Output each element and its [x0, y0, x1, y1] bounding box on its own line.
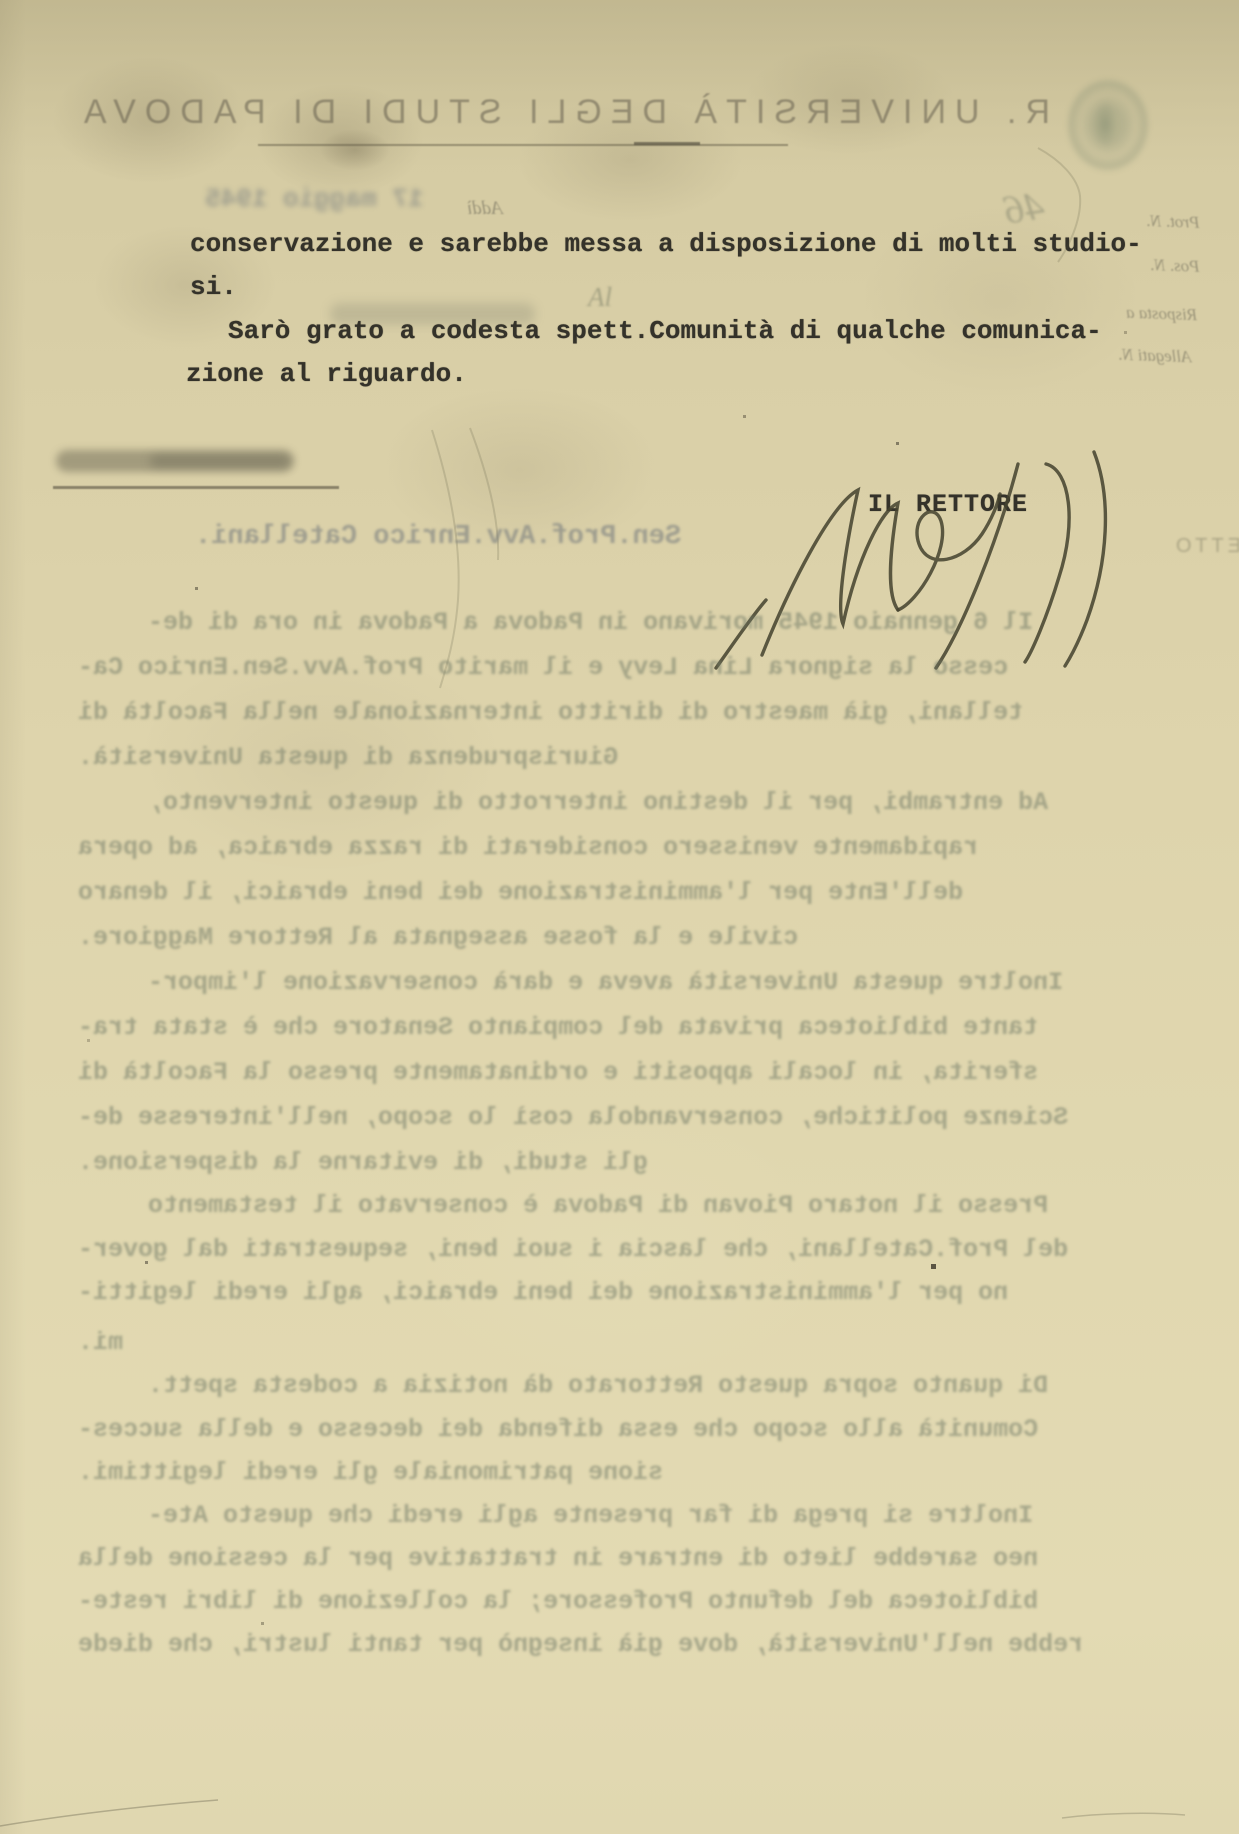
addi-label-bleed: Addì — [467, 199, 503, 218]
bleed-through-line: Inoltre si prega di far presente agli er… — [148, 1503, 1033, 1528]
underline-rule — [53, 486, 339, 489]
letterhead-rule — [258, 144, 788, 146]
bleed-through-line: Presso il notaro Piovan di Padova è cons… — [148, 1193, 1048, 1218]
bleed-through-line: del Prof.Catellani, che lascia i suoi be… — [78, 1237, 1068, 1262]
bleed-through-line: biblioteca del defunto Professore; la co… — [78, 1589, 1038, 1614]
date-stamp-bleed: 17 maggio 1945 — [205, 186, 423, 212]
letterhead-field-bleed: Pos. N. — [1150, 256, 1200, 275]
bleed-through-line: Comunità allo scopo che essa difenda dei… — [78, 1417, 1038, 1442]
bleed-through-line: rapidamente venissero considerati di raz… — [78, 835, 978, 860]
bleed-through-line: tellani, già maestro di diritto internaz… — [78, 700, 1023, 725]
bleed-through-line: rebbe nell'Università, dove già insegnò … — [78, 1632, 1083, 1657]
letterhead-field-bleed: Allegati N. — [1118, 346, 1192, 366]
bleed-through-line: Sen.Prof.Avv.Enrico Catellani. — [195, 524, 681, 551]
bleed-letterhead-title: R. UNIVERSITÀ DEGLI STUDI DI PADOVA — [75, 95, 1050, 129]
ink-specks — [0, 0, 1, 1]
bleed-through-line: Ad entrambi, per il destino interrotto d… — [148, 790, 1048, 815]
bleed-through-line: neo sarebbe lieto di entrare in trattati… — [78, 1546, 1038, 1571]
bleed-through-line: gli studi, di evitarne la dispersione. — [78, 1150, 648, 1175]
handwritten-al-note: Al — [588, 284, 612, 311]
bleed-through-line: no per l'amministrazione dei beni ebraic… — [78, 1280, 1008, 1305]
bleed-through-line: Il 6 gennaio 1945 morivano in Padova a P… — [148, 610, 1033, 635]
bleed-through-line: tante biblioteca privata del compianto S… — [78, 1015, 1038, 1040]
typed-line: Sarò grato a codesta spett.Comunità di q… — [228, 318, 1102, 344]
letterhead-rule-dark-segment — [634, 142, 700, 145]
letterhead-field-bleed: Prot. N. — [1146, 212, 1200, 231]
bleed-through-line: Inoltre questa Università aveva e darà c… — [148, 970, 1063, 995]
bleed-through-line: civile e la fosse assegnata al Rettore M… — [78, 925, 798, 950]
bleed-through-line: Di quanto sopra questo Rettorato dà noti… — [148, 1373, 1048, 1398]
bleed-through-line: sferita, in locali appositi e ordinatame… — [78, 1060, 1038, 1085]
protocol-number-bleed: 46 — [1001, 185, 1046, 230]
university-seal-core — [1088, 92, 1122, 156]
typed-line: zione al riguardo. — [186, 361, 467, 387]
oggetto-label-bleed: OGGETTO — [1172, 536, 1239, 556]
bleed-through-line: mi. — [78, 1330, 123, 1355]
bleed-through-line: dell'Ente per l'amministrazione dei beni… — [78, 880, 963, 905]
struck-out-text-smudge-2 — [150, 455, 290, 467]
typed-line: si. — [190, 274, 237, 300]
scanned-letter-page: { "page": { "kind": "aged typewritten le… — [0, 0, 1239, 1834]
closing-title: IL RETTORE — [868, 492, 1028, 517]
bleed-through-line: Giurisprudenza di questa Università. — [78, 745, 618, 770]
bleed-through-line: Scienze politiche, conservandola così lo… — [78, 1105, 1068, 1130]
typed-line: conservazione e sarebbe messa a disposiz… — [190, 231, 1142, 257]
bleed-through-line: cesso la signora Lina Levy e il marito P… — [78, 655, 1008, 680]
letterhead-field-bleed: Risposta a — [1126, 304, 1198, 323]
bleed-through-line: sione patrimoniale gli eredi legittimi. — [78, 1460, 663, 1485]
